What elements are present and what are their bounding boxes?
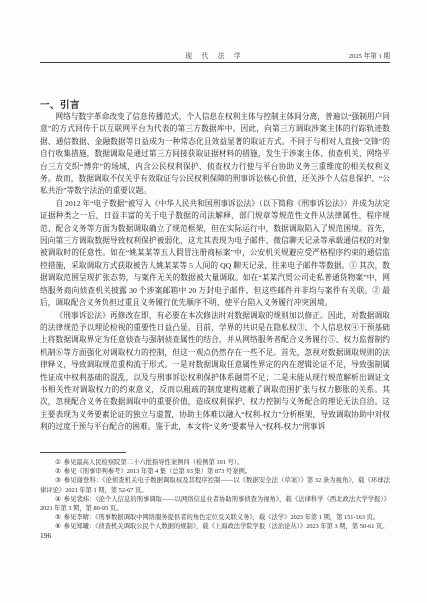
paragraph-3: 《刑事诉讼法》再修改在即，有必要在本次修法时对数据调取的规则加以修正。因此，对数… <box>40 310 390 434</box>
page-header: 现 代 法 学 2025 年第 1 期 <box>40 50 390 60</box>
paragraph-2: 自 2012 年“电子数据”被写入《中华人民共和国刑事诉讼法》（以下简称《刑事诉… <box>40 198 390 310</box>
footnote-5-marker: ⑤ <box>55 514 61 521</box>
footnote-6: ⑥参见郑曦：《侦查机关调取公民个人数据的规制》，载《上海政法学院学报（法治论丛）… <box>40 522 390 531</box>
footnote-4: ④参见裴炜：《论个人信息的刑事调取——以网络信息业者协助刑事侦查为视角》，载《法… <box>40 495 390 513</box>
issue-label: 2025 年第 1 期 <box>349 50 390 60</box>
footnote-2: ②参见《刑事审判参考》2013 年第 4 集（总第 93 集）第 873 号案例… <box>40 467 390 476</box>
footnote-3-marker: ③ <box>55 477 61 484</box>
footnotes: ①参见最高人民检察院第二十六批指导性案例四（检例第 101 号）。 ②参见《刑事… <box>40 458 390 532</box>
footnote-2-text: 参见《刑事审判参考》2013 年第 4 集（总第 93 集）第 873 号案例。 <box>64 468 251 475</box>
footnote-5: ⑤参见李晴：《刑事数据调取中网络服务提供者的角色定位及关联义务》，载《法学》20… <box>40 513 390 522</box>
footnote-1-marker: ① <box>55 459 61 466</box>
header-rule <box>40 62 390 63</box>
journal-page: 现 代 法 学 2025 年第 1 期 一、引言 网络与数字革命改变了信息传播范… <box>0 0 427 603</box>
journal-name: 现 代 法 学 <box>185 50 244 60</box>
section-heading: 一、引言 <box>40 97 80 111</box>
footnote-6-marker: ⑥ <box>55 523 61 530</box>
footnote-3: ③参见谢登科：《论侦查机关电子数据调取权及其程序控制——以《数据安全法（草案）》… <box>40 476 390 494</box>
paragraph-1: 网络与数字革命改变了信息传播范式，个人信息在权利主体与控制主体间分离，普遍以“强… <box>40 111 390 198</box>
page-number: 196 <box>40 531 51 540</box>
footnote-1-text: 参见最高人民检察院第二十六批指导性案例四（检例第 101 号）。 <box>64 459 243 466</box>
footnote-separator <box>40 452 126 453</box>
footnote-6-text: 参见郑曦：《侦查机关调取公民个人数据的规制》，载《上海政法学院学报（法治论丛）》… <box>64 523 389 530</box>
footnote-3-text: 参见谢登科：《论侦查机关电子数据调取权及其程序控制——以《数据安全法（草案）》第… <box>40 477 390 493</box>
footnote-4-text: 参见裴炜：《论个人信息的刑事调取——以网络信息业者协助刑事侦查为视角》，载《法律… <box>40 496 390 512</box>
footnote-5-text: 参见李晴：《刑事数据调取中网络服务提供者的角色定位及关联义务》，载《法学》202… <box>64 514 379 521</box>
footnote-1: ①参见最高人民检察院第二十六批指导性案例四（检例第 101 号）。 <box>40 458 390 467</box>
footnote-2-marker: ② <box>55 468 61 475</box>
article-body: 网络与数字革命改变了信息传播范式，个人信息在权利主体与控制主体间分离，普遍以“强… <box>40 111 390 434</box>
footnote-4-marker: ④ <box>55 496 61 503</box>
